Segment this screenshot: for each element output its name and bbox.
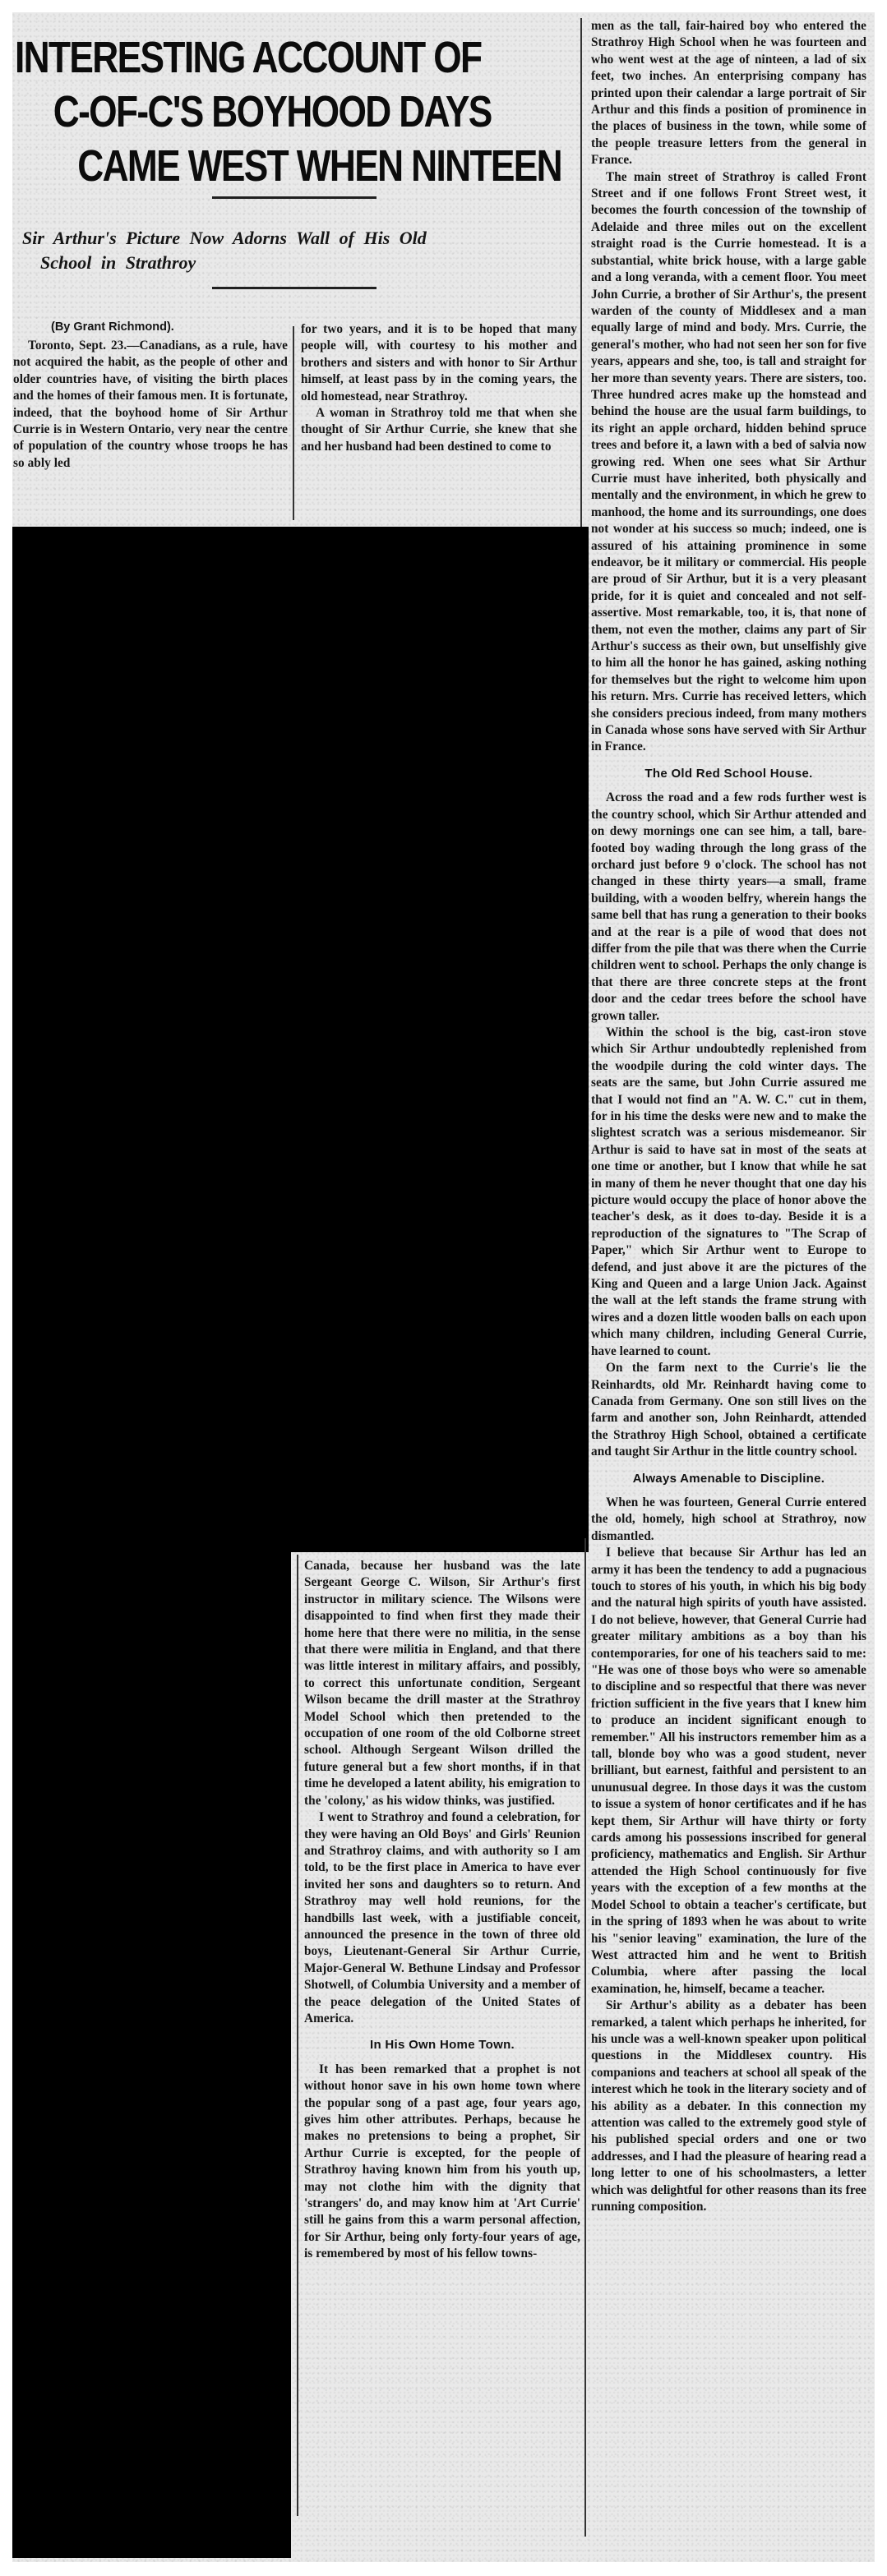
paragraph: A woman in Strathroy told me that when s…	[301, 405, 577, 455]
paragraph: I believe that because Sir Arthur has le…	[591, 1545, 866, 1998]
column-middle-lower: Canada, because her husband was the late…	[304, 1558, 580, 2263]
deck-line-1: Sir Arthur's Picture Now Adorns Wall of …	[22, 228, 427, 248]
redacted-region	[12, 527, 589, 1552]
paragraph: men as the tall, fair-haired boy who ent…	[591, 18, 866, 169]
column-rule	[297, 1555, 298, 2516]
deck-divider-rule	[212, 287, 377, 289]
paragraph: It has been remarked that a prophet is n…	[304, 2062, 580, 2263]
paragraph: for two years, and it is to be hoped tha…	[301, 321, 577, 405]
column-rule	[584, 1538, 586, 2537]
paragraph: When he was fourteen, General Currie ent…	[591, 1495, 866, 1545]
column-rule	[293, 326, 294, 520]
paragraph: Toronto, Sept. 23.—Canadians, as a rule,…	[13, 338, 288, 472]
deck-subtitle: Sir Arthur's Picture Now Adorns Wall of …	[22, 226, 589, 275]
paragraph: I went to Strathroy and found a celebrat…	[304, 1809, 580, 2027]
paragraph: Sir Arthur's ability as a debater has be…	[591, 1998, 866, 2215]
byline: (By Grant Richmond).	[51, 320, 174, 334]
section-heading: In His Own Home Town.	[304, 2037, 580, 2053]
paragraph: Across the road and a few rods further w…	[591, 790, 866, 1025]
paragraph: On the farm next to the Currie's lie the…	[591, 1360, 866, 1460]
headline-divider-rule	[212, 196, 377, 199]
column-right: men as the tall, fair-haired boy who ent…	[591, 18, 866, 2215]
section-heading: Always Amenable to Discipline.	[591, 1471, 866, 1487]
headline-line-2: C-OF-C'S BOYHOOD DAYS	[15, 85, 487, 139]
column-a: Toronto, Sept. 23.—Canadians, as a rule,…	[13, 338, 288, 472]
paragraph: The main street of Strathroy is called F…	[591, 169, 866, 756]
column-b: for two years, and it is to be hoped tha…	[301, 321, 577, 455]
headline-line-3: CAME WEST WHEN NINTEEN	[15, 139, 487, 193]
deck-line-2: School in Strathroy	[22, 251, 589, 275]
headline: INTERESTING ACCOUNT OF C-OF-C'S BOYHOOD …	[15, 30, 487, 193]
headline-line-1: INTERESTING ACCOUNT OF	[15, 30, 487, 85]
redacted-region	[12, 1551, 291, 2558]
section-heading: The Old Red School House.	[591, 766, 866, 782]
article-header: INTERESTING ACCOUNT OF C-OF-C'S BOYHOOD …	[12, 12, 587, 357]
paragraph: Within the school is the big, cast-iron …	[591, 1025, 866, 1360]
paragraph: Canada, because her husband was the late…	[304, 1558, 580, 1809]
